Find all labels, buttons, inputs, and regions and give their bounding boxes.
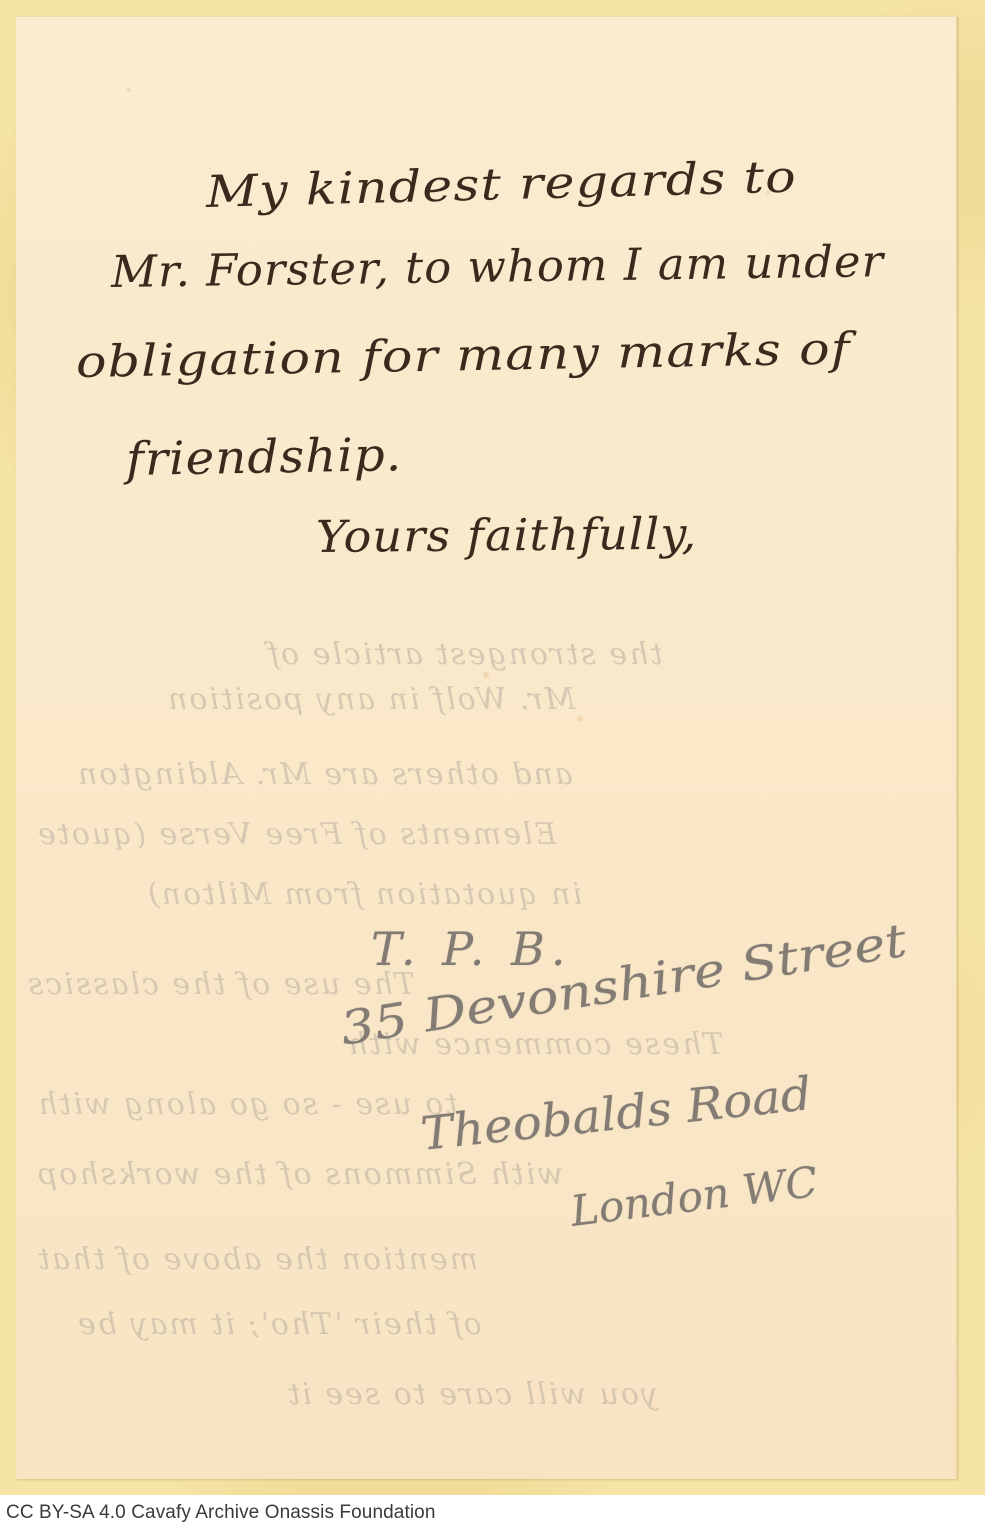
bleed-through-line: mention the above of that: [36, 1242, 478, 1277]
letter-line-forster: Mr. Forster, to whom I am under: [111, 236, 885, 298]
pencil-address-road: Theobalds Road: [418, 1066, 814, 1161]
pencil-initials: T. P. B.: [371, 922, 571, 976]
bleed-through-line: Elements of Free Verse (quote: [36, 817, 556, 852]
bleed-through-line: Mr. Wolf in any position: [166, 682, 575, 717]
bleed-through-line: with Simmons of the workshop: [36, 1157, 563, 1192]
bleed-through-line: to use - so go along with: [36, 1087, 457, 1122]
letter-line-obligation: obligation for many marks of: [76, 323, 852, 388]
bleed-through-line: of their 'Tho'; it may be: [76, 1307, 482, 1342]
letter-line-friendship: friendship.: [126, 427, 403, 486]
pencil-address-city: London WC: [568, 1157, 820, 1236]
bleed-through-line: the strongest article of: [266, 637, 663, 672]
license-credit: CC BY-SA 4.0 Cavafy Archive Onassis Foun…: [6, 1502, 436, 1524]
letter-closing: Yours faithfully,: [316, 509, 698, 563]
letter-line-regards: My kindest regards to: [205, 152, 797, 218]
letter-page: the strongest article of Mr. Wolf in any…: [16, 16, 957, 1479]
bleed-through-line: and others are Mr. Aldington: [76, 757, 573, 792]
bleed-through-line: you will care to see it: [286, 1377, 658, 1412]
scan-background: the strongest article of Mr. Wolf in any…: [0, 0, 985, 1495]
bleed-through-line: The use of the classics: [26, 967, 415, 1002]
bleed-through-line: in quotation from Milton): [146, 877, 582, 912]
